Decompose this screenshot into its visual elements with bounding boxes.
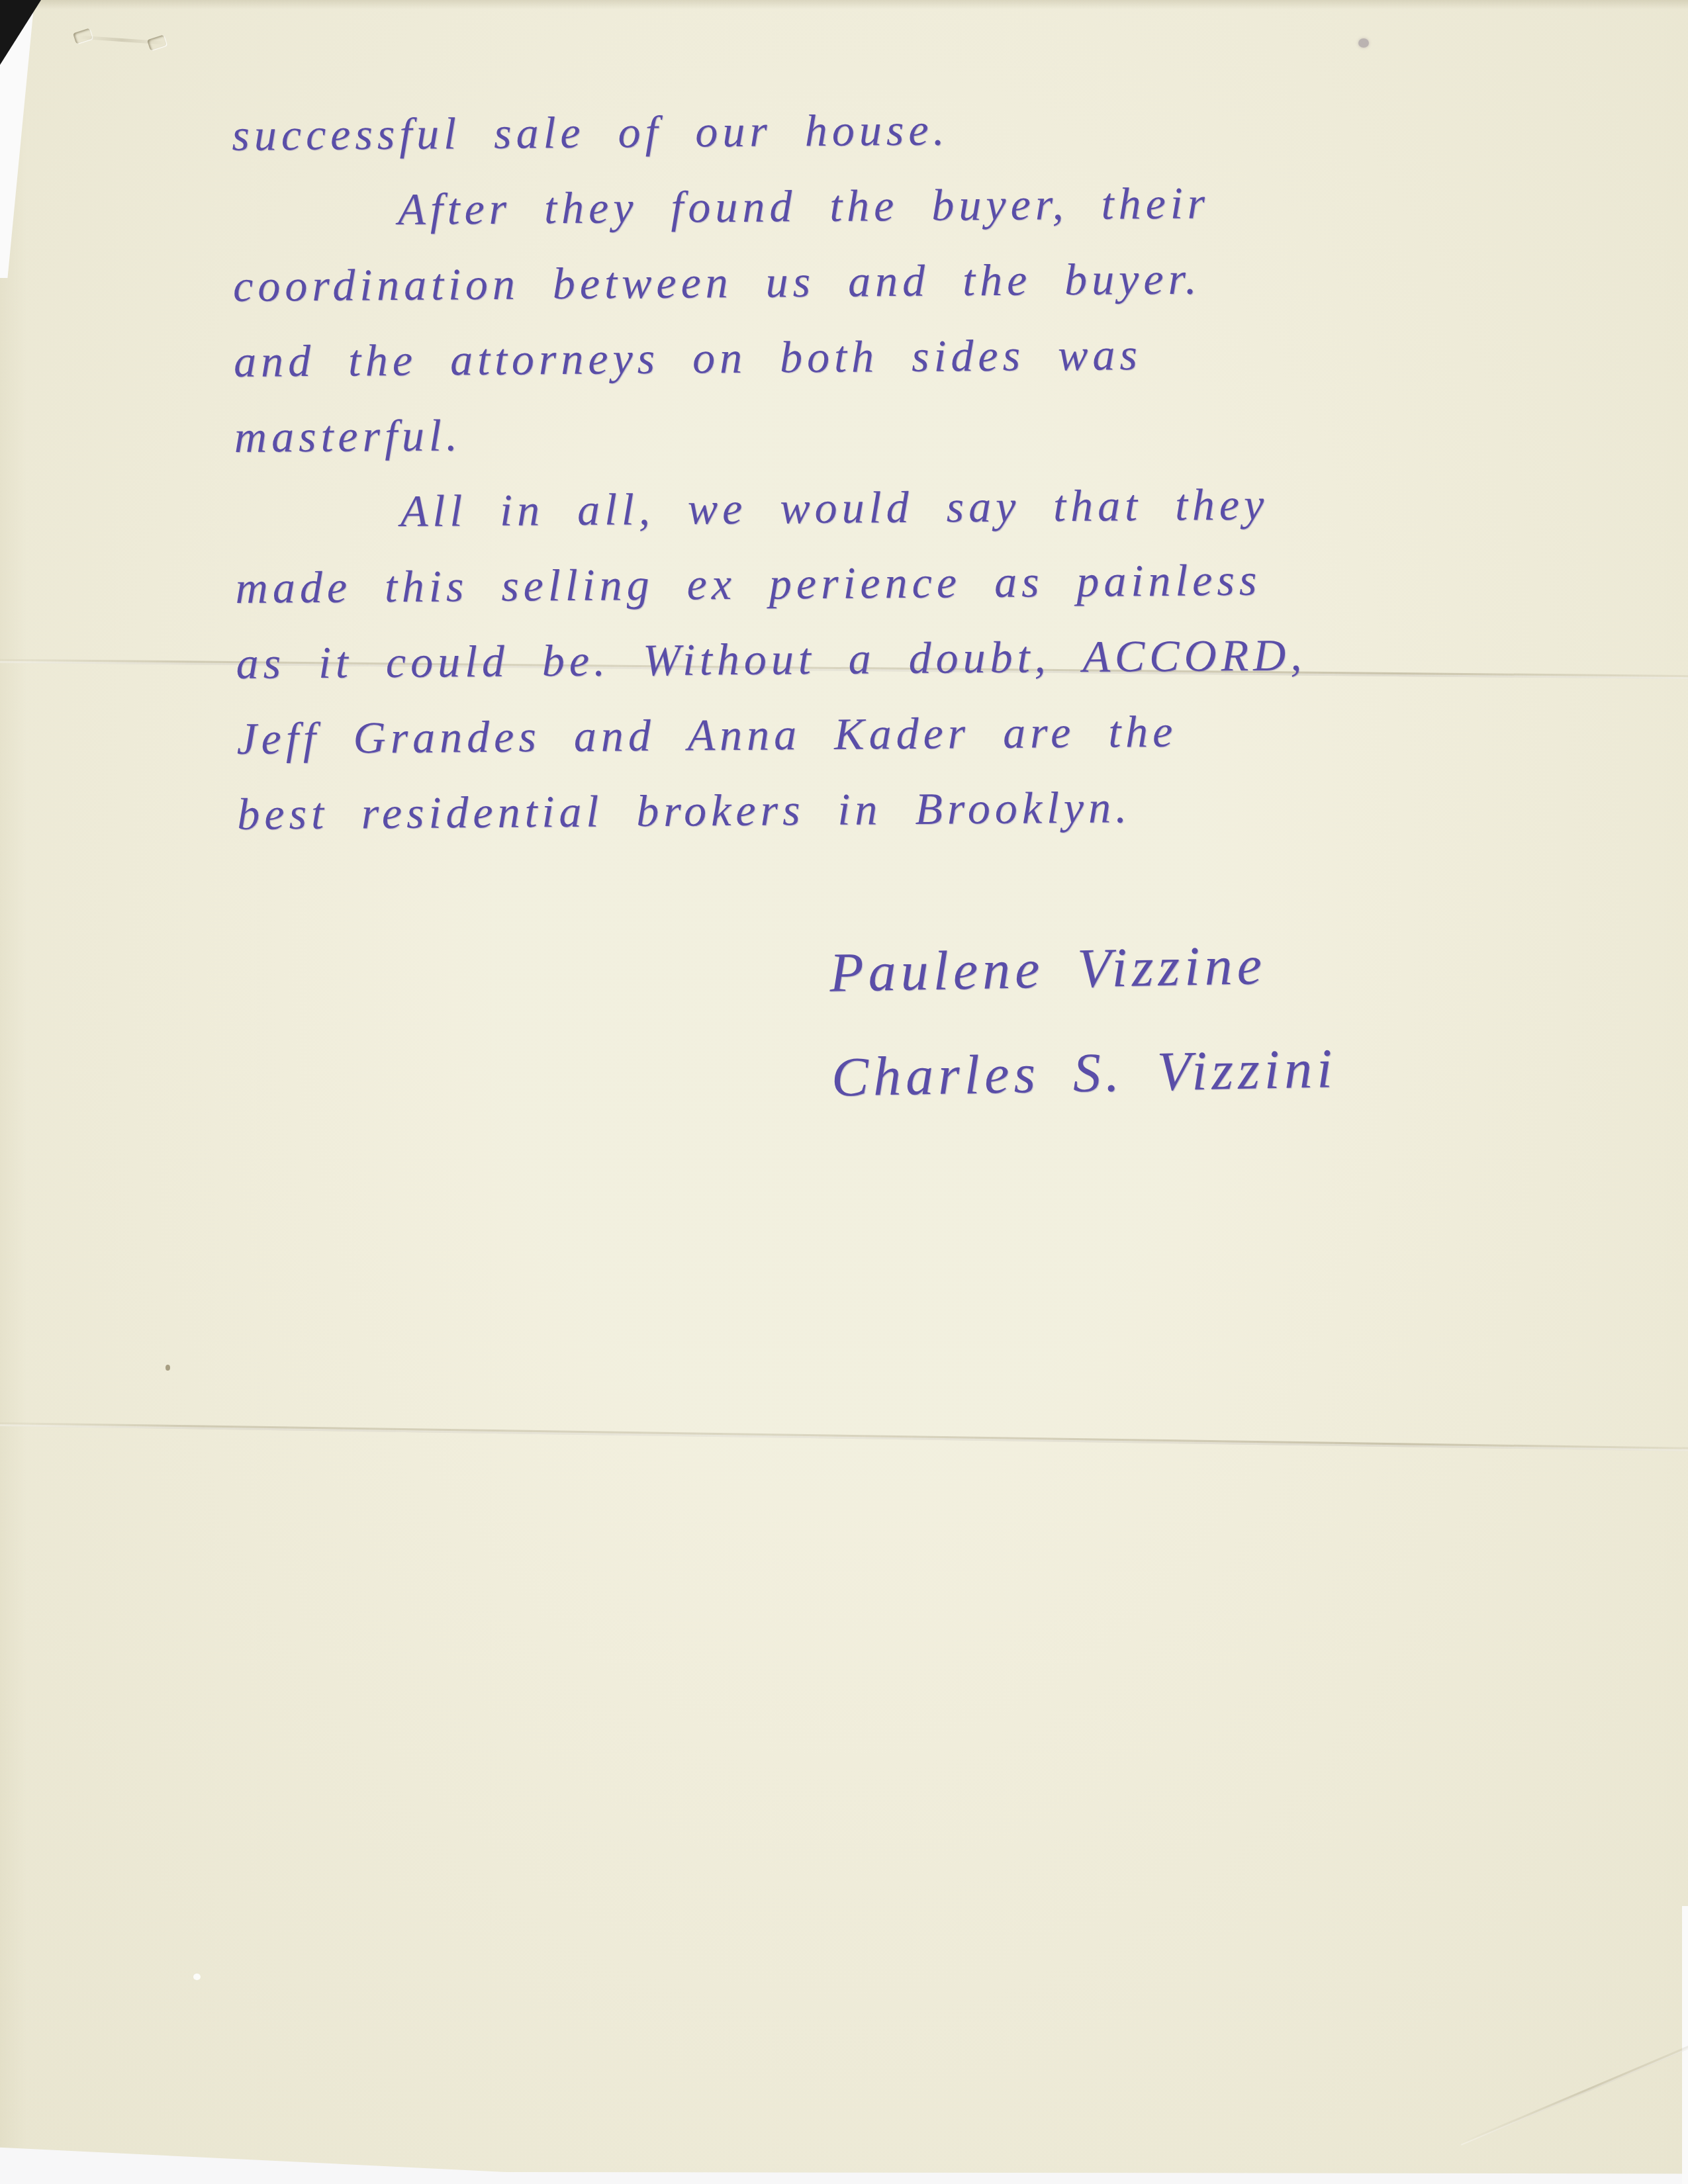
signature-paulene-vizzine: Paulene Vizzine	[829, 932, 1336, 1045]
scanned-letter-page: successful sale of our house. After they…	[0, 0, 1688, 2184]
signature-block: Paulene Vizzine Charles S. Vizzini	[829, 932, 1338, 1150]
letter-line: successful sale of our house.	[232, 99, 1589, 185]
letter-line: and the attorneys on both sides was	[234, 325, 1591, 411]
letter-text: successful sale of our house. After they…	[232, 99, 1595, 864]
scan-edge-right	[1682, 1906, 1688, 2184]
paper-speck	[165, 1365, 170, 1371]
paper-smudge	[1358, 38, 1369, 48]
letter-line: coordination between us and the buyer.	[233, 250, 1591, 336]
letter-line: made this selling ex perience as painles…	[235, 551, 1593, 637]
letter-line: masterful.	[234, 400, 1592, 486]
paper-spot	[193, 1974, 201, 1980]
letter-line: Jeff Grandes and Anna Kader are the	[236, 702, 1594, 788]
letter-line: All in all, we would say that they	[400, 476, 1592, 561]
letter-line: After they found the buyer, their	[398, 174, 1590, 259]
letter-line: as it could be. Without a doubt, ACCORD,	[236, 627, 1593, 713]
letter-line: best residential brokers in Brooklyn.	[237, 778, 1595, 864]
signature-charles-vizzini: Charles S. Vizzini	[831, 1036, 1338, 1150]
